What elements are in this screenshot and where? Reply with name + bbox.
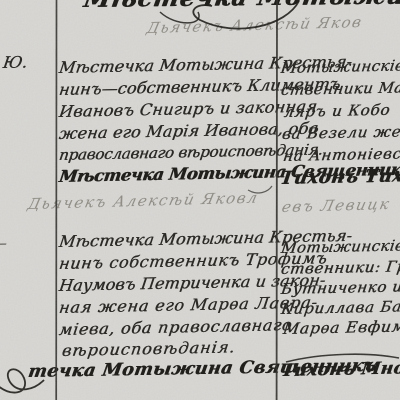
manuscript-line: міева, оба православнаго <box>58 317 293 338</box>
manuscript-line: на Антоніевс <box>282 147 400 164</box>
margin-dash-mark: – <box>0 235 8 253</box>
manuscript-line: Мотыжинскіе в <box>280 238 400 256</box>
manuscript-line: Бутниченко и с <box>280 279 400 297</box>
margin-record-mark: Ю. <box>2 54 28 71</box>
manuscript-line: ственники Макар <box>280 80 400 98</box>
manuscript-line: Ивановъ Снигиръ и законная <box>58 99 318 120</box>
clerk-signature-continuation: евъ Левицк <box>280 197 392 215</box>
manuscript-line: жена его Марія Иванова, оба <box>58 121 319 142</box>
header-clerk-line: Дьячекъ Алексѣй Яков <box>145 15 364 36</box>
manuscript-line: ляръ и Кобо <box>283 103 391 120</box>
manuscript-line: Кириллава Ба <box>280 299 400 317</box>
clerk-signature-line: Дьячекъ Алексѣй Яковл <box>26 191 260 212</box>
manuscript-line: ственники: Гри <box>280 259 400 277</box>
document-scan: Мѣстечка Мотыжина Хочи Дьячекъ Алексѣй Я… <box>0 0 400 400</box>
manuscript-line: Мотыжинскіе Кр <box>280 58 400 76</box>
manuscript-line: ва Везели жен <box>281 124 400 142</box>
bottom-attestation-right: Тихонъ Многог <box>280 360 400 380</box>
manuscript-line: Марѳа Евфим <box>282 319 400 337</box>
header-title: Мѣстечка Мотыжина Хочи <box>82 0 400 11</box>
priest-signature: Тихонъ Тихоно <box>279 167 400 188</box>
manuscript-line: вѣроисповѣданія. <box>61 339 237 359</box>
